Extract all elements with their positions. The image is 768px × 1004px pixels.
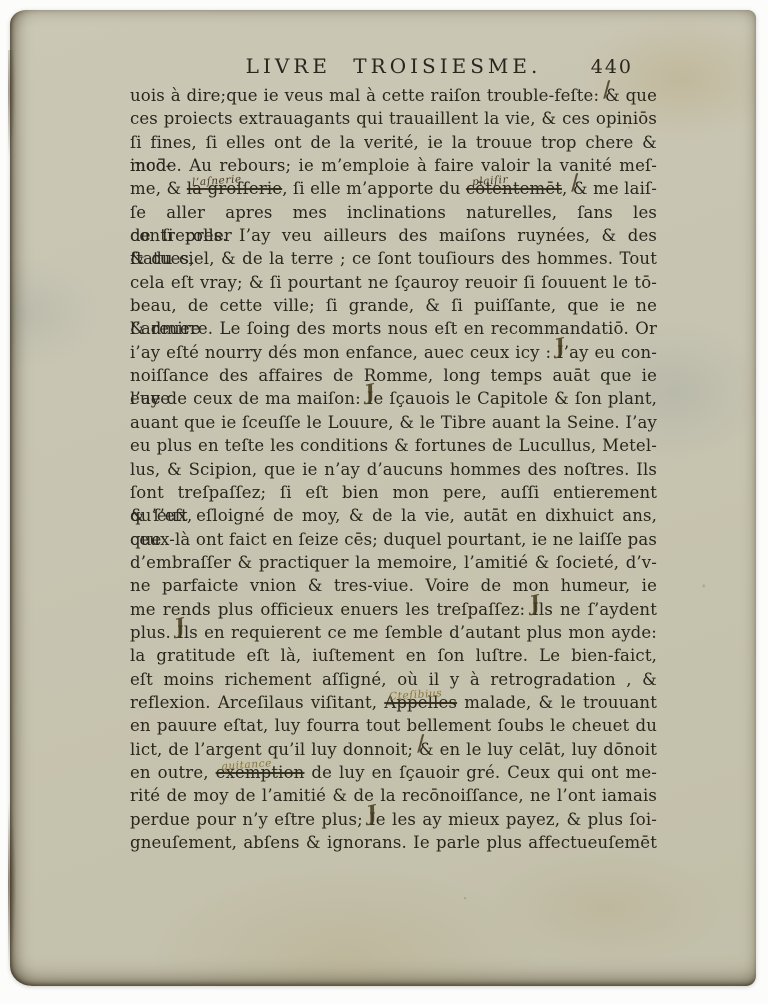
struck-text: exemption [216, 763, 305, 782]
text-line: cela eſt vray; & ſi pourtant ne ſçauroy … [130, 271, 657, 294]
text-line: mode. Au rebours; ie m’emploie à faire v… [130, 154, 657, 177]
overwritten-character: IJ [177, 621, 184, 644]
printed-text: d’embraſſer & practiquer la memoire, l’a… [130, 553, 657, 572]
struck-text: la groſſerie [187, 179, 282, 198]
page-number: 440 [591, 56, 633, 78]
printed-text: ls ne ſ’aydent [539, 600, 657, 619]
printed-text: en pauure eſtat, luy fourra tout belleme… [130, 716, 657, 735]
text-line: beau, de cette ville; ſi grande, & ſi pu… [130, 294, 657, 317]
text-line: lus, & Scipion, que ie n’ay d’aucuns hom… [130, 458, 657, 481]
text-line: d’embraſſer & practiquer la memoire, l’a… [130, 551, 657, 574]
printed-text: & [419, 740, 434, 759]
printed-text: rité de moy de l’amitié & de la recōnoiſ… [130, 786, 657, 805]
overwritten-character: &∕ [419, 738, 434, 761]
page-title: LIVRE TROISIESME. [246, 54, 542, 78]
printed-text: I [367, 389, 374, 408]
printed-text: malade, & le trouuant [457, 693, 657, 712]
text-line: lict, de l’argent qu’il luy donnoit; &∕ … [130, 738, 657, 761]
struck-text: cōtentemēt [466, 179, 562, 198]
printed-text: reflexion. Arceſilaus viſitant, [130, 693, 384, 712]
printed-text: plus. [130, 623, 177, 642]
printed-text: , ſi elle m’apporte du [282, 179, 466, 198]
text-line: ſe aller apres mes inclinations naturell… [130, 201, 657, 224]
text-line: & reuere. Le ſoing des morts nous eſt en… [130, 317, 657, 340]
text-line: perdue pour n’y eſtre plus; IJe les ay m… [130, 808, 657, 831]
printed-text: cela eſt vray; & ſi pourtant ne ſçauroy … [130, 273, 657, 292]
text-line: ſi fines, ſi elles ont de la verité, ie … [130, 131, 657, 154]
struck-text: Appelles [384, 693, 457, 712]
printed-text: & [573, 179, 588, 198]
text-line: auant que ie ſceuſſe le Louure, & le Tib… [130, 411, 657, 434]
book-page: LIVRE TROISIESME. 440 uois à dire;que ie… [10, 10, 756, 986]
text-block: uois à dire;que ie veus mal à cette raiſ… [130, 84, 657, 854]
text-line: plus. IJls en requierent ce me ſemble d’… [130, 621, 657, 644]
printed-text: lus, & Scipion, que ie n’ay d’aucuns hom… [130, 460, 657, 479]
text-line: la gratitude eſt là, iuſtement en ſon lu… [130, 644, 657, 667]
overwritten-character: &∕ [605, 84, 620, 107]
text-line: ces proiects extrauagants qui trauaillen… [130, 107, 657, 130]
overwritten-character: IJ [367, 387, 374, 410]
text-line: me, & la groſſeriel’aſnerie, ſi elle m’a… [130, 177, 657, 200]
overwritten-character: IJ [557, 341, 564, 364]
printed-text: en le luy celāt, luy dōnoit [434, 740, 657, 759]
printed-text: gneuſement, abſens & ignorans. Ie parle … [130, 833, 657, 852]
printed-text: ’ay eu con- [564, 343, 657, 362]
text-line: & du ciel, & de la terre ; ce ſont touſi… [130, 247, 657, 270]
printed-text: eſt moins richement aſſigné, où il y à r… [130, 670, 657, 689]
text-line: en outre, exemptionquitance de luy en ſç… [130, 761, 657, 784]
overwritten-character: IJ [369, 808, 376, 831]
printed-text: me laiſ- [588, 179, 657, 198]
text-line: me rends plus officieux enuers les treſp… [130, 598, 657, 621]
printed-text: mode. Au rebours; ie m’emploie à faire v… [130, 156, 657, 175]
printed-text: I [557, 343, 564, 362]
printed-text: & [605, 86, 620, 105]
corrected-word: cōtentemētplaiſir [466, 179, 562, 198]
printed-text: perdue pour n’y eſtre plus; [130, 810, 369, 829]
printed-text: eue de ceux de ma maiſon: [130, 389, 367, 408]
printed-text: que [620, 86, 657, 105]
text-line: ne parfaicte vnion & tres-viue. Voire de… [130, 574, 657, 597]
text-line: i’ay eſté nourry dés mon enfance, auec c… [130, 341, 657, 364]
printed-text: me rends plus officieux enuers les treſp… [130, 600, 532, 619]
printed-text: I [369, 810, 376, 829]
corrected-word: AppellesCteſibius [384, 693, 457, 712]
printed-text: i’ay eſté nourry dés mon enfance, auec c… [130, 343, 557, 362]
text-line: eſt moins richement aſſigné, où il y à r… [130, 668, 657, 691]
printed-text: ceux-là ont faict en ſeize cēs; duquel p… [130, 530, 657, 549]
text-line: ſont treſpaſſez; ſi eſt bien mon pere, a… [130, 481, 657, 504]
printed-text: & reuere. Le ſoing des morts nous eſt en… [130, 319, 657, 338]
printed-text: ne parfaicte vnion & tres-viue. Voire de… [130, 576, 657, 595]
corrected-word: exemptionquitance [216, 763, 305, 782]
scan-background: LIVRE TROISIESME. 440 uois à dire;que ie… [0, 0, 768, 1004]
printed-text: I [532, 600, 539, 619]
text-line: eue de ceux de ma maiſon: IJe ſçauois le… [130, 387, 657, 410]
text-line: rité de moy de l’amitié & de la recōnoiſ… [130, 784, 657, 807]
printed-text: uois à dire;que ie veus mal à cette raiſ… [130, 86, 605, 105]
overwritten-character: &∕ [573, 177, 588, 200]
overwritten-character: IJ [532, 598, 539, 621]
text-line: reflexion. Arceſilaus viſitant, Appelles… [130, 691, 657, 714]
printed-text: & du ciel, & de la terre ; ce ſont touſi… [130, 249, 657, 268]
running-header: LIVRE TROISIESME. 440 [130, 54, 657, 80]
printed-text: ces proiects extrauagants qui trauaillen… [130, 109, 657, 128]
printed-text: I [177, 623, 184, 642]
text-line: noiſſance des affaires de Romme, long te… [130, 364, 657, 387]
text-line: eu plus en teſte les conditions & fortun… [130, 434, 657, 457]
printed-text: la gratitude eſt là, iuſtement en ſon lu… [130, 646, 657, 665]
text-line: & ſ’eſt eſloigné de moy, & de la vie, au… [130, 504, 657, 527]
printed-text: auant que ie ſceuſſe le Louure, & le Tib… [130, 413, 657, 432]
printed-text: en outre, [130, 763, 216, 782]
printed-text: eu plus en teſte les conditions & fortun… [130, 436, 657, 455]
text-line: ceux-là ont faict en ſeize cēs; duquel p… [130, 528, 657, 551]
text-line: uois à dire;que ie veus mal à cette raiſ… [130, 84, 657, 107]
printed-text: lict, de l’argent qu’il luy donnoit; [130, 740, 419, 759]
printed-text: e ſçauois le Capitole & ſon plant, [373, 389, 657, 408]
text-line: en pauure eſtat, luy fourra tout belleme… [130, 714, 657, 737]
printed-text: , [562, 179, 573, 198]
printed-text: e les ay mieux payez, & plus ſoi- [376, 810, 657, 829]
printed-text: de luy en ſçauoir gré. Ceux qui ont me- [304, 763, 657, 782]
text-line: gneuſement, abſens & ignorans. Ie parle … [130, 831, 657, 854]
printed-text: me, & [130, 179, 187, 198]
text-line: de ſi pres. I’ay veu ailleurs des maiſon… [130, 224, 657, 247]
printed-text: ls en requierent ce me ſemble d’autant p… [184, 623, 657, 642]
corrected-word: la groſſeriel’aſnerie [187, 179, 282, 198]
